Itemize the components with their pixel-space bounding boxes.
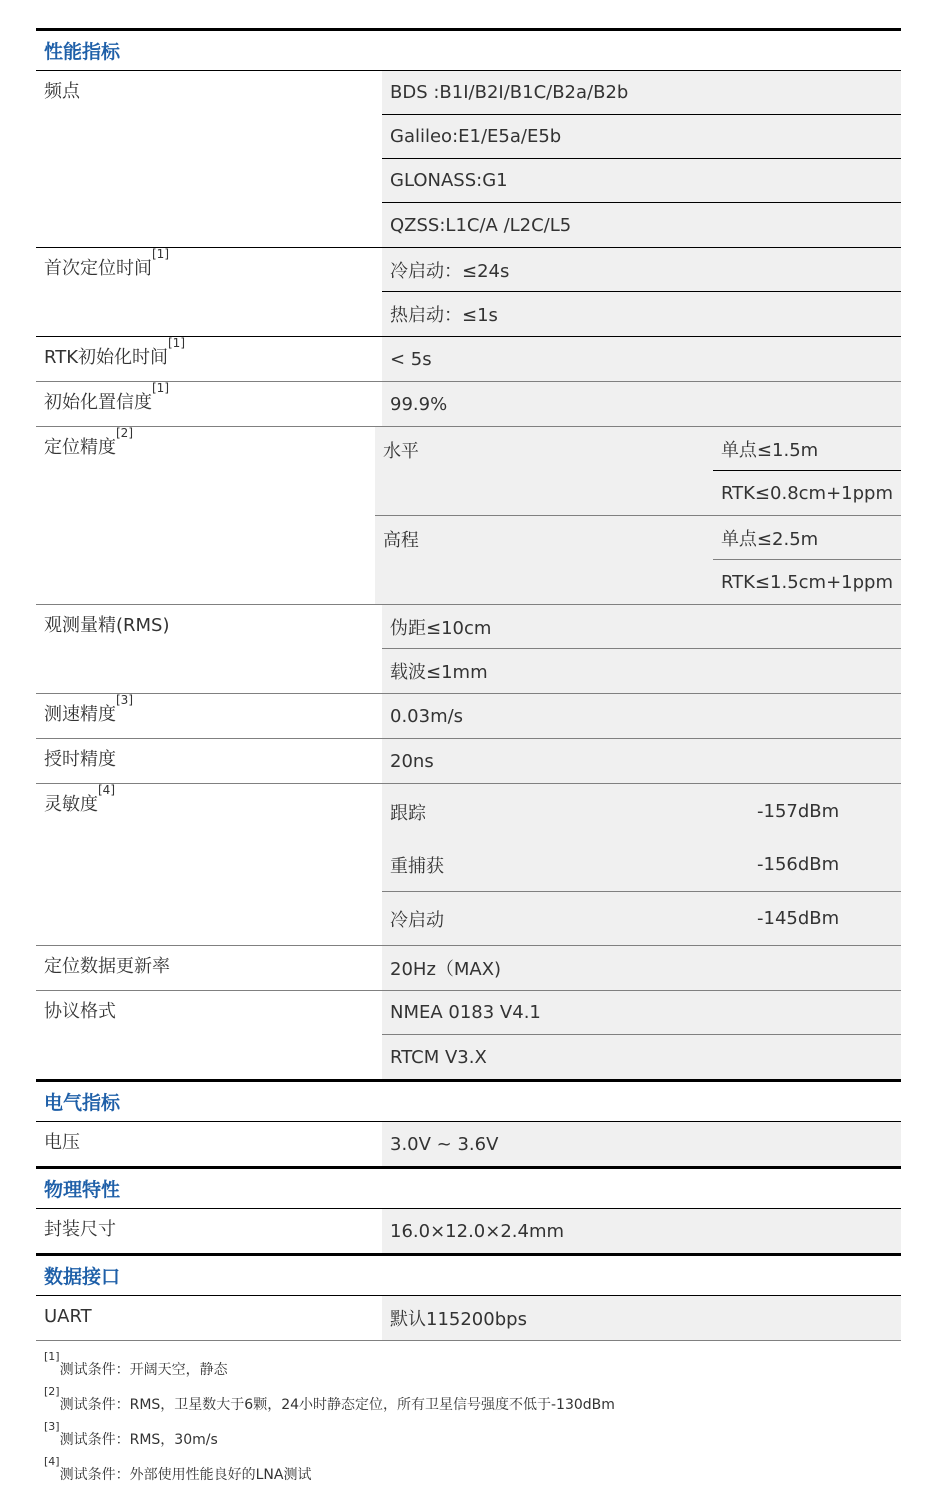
row-value: 载波≤1mm [382,649,901,693]
row-uart: UART 默认115200bps [36,1296,901,1341]
row-value: 16.0×12.0×2.4mm [382,1209,901,1253]
row-observation: 观测量精(RMS) 伪距≤10cm 载波≤1mm [36,605,901,694]
row-value: 伪距≤10cm [382,605,901,649]
row-value: RTCM V3.X [382,1035,901,1079]
section-title: 数据接口 [44,1262,120,1289]
row-value: NMEA 0183 V4.1 [382,991,901,1035]
row-value: 20ns [382,739,901,783]
sub-row-horizontal: 水平 单点≤1.5m RTK≤0.8cm+1ppm [375,427,901,516]
row-update-rate: 定位数据更新率 20Hz（MAX) [36,946,901,991]
row-label: 定位精度[2] [36,427,375,604]
row-value: Galileo:E1/E5a/E5b [382,115,901,159]
row-value: 冷启动：≤24s [382,248,901,292]
footnote-ref[interactable]: [2] [116,426,133,440]
sub-value: RTK≤0.8cm+1ppm [713,471,901,515]
sub-value: 单点≤2.5m [713,516,901,560]
sub-value: RTK≤1.5cm+1ppm [713,560,901,604]
sensitivity-item: 跟踪-157dBm [382,785,901,838]
sensitivity-item: 重捕获-156dBm [382,838,901,891]
row-label: 频点 [36,71,382,247]
footnote: [4]测试条件：外部使用性能良好的LNA测试 [44,1457,615,1492]
row-label: 封装尺寸 [36,1209,382,1253]
row-value: 热启动：≤1s [382,292,901,336]
footnote: [3]测试条件：RMS，30m/s [44,1422,615,1457]
row-timing-accuracy: 授时精度 20ns [36,739,901,784]
row-value: QZSS:L1C/A /L2C/L5 [382,203,901,247]
section-performance-header: 性能指标 [36,28,901,71]
row-value: 20Hz（MAX) [382,946,901,990]
sub-row-elevation: 高程 单点≤2.5m RTK≤1.5cm+1ppm [375,516,901,604]
row-value: 默认115200bps [382,1296,901,1340]
row-value: < 5s [382,337,901,381]
sensitivity-item: 冷启动-145dBm [382,892,901,945]
footnote: [1]测试条件：开阔天空，静态 [44,1352,615,1387]
row-package-size: 封装尺寸 16.0×12.0×2.4mm [36,1209,901,1253]
spec-table: 性能指标 频点 BDS :B1I/B2I/B1C/B2a/B2b Galileo… [36,28,901,1341]
row-sensitivity: 灵敏度[4] 跟踪-157dBm 重捕获-156dBm 冷启动-145dBm [36,784,901,946]
footnote: [2]测试条件：RMS，卫星数大于6颗，24小时静态定位，所有卫星信号强度不低于… [44,1387,615,1422]
row-value: 3.0V ~ 3.6V [382,1122,901,1166]
row-label: 初始化置信度[1] [36,382,382,426]
section-title: 性能指标 [44,37,120,64]
section-interface-header: 数据接口 [36,1253,901,1296]
footnote-ref[interactable]: [1] [152,247,169,261]
section-electrical-header: 电气指标 [36,1079,901,1122]
row-rtk-init: RTK初始化时间[1] < 5s [36,337,901,382]
row-label: RTK初始化时间[1] [36,337,382,381]
row-label: 定位数据更新率 [36,946,382,990]
row-ttff: 首次定位时间[1] 冷启动：≤24s 热启动：≤1s [36,248,901,337]
row-label: 协议格式 [36,991,382,1079]
row-value: GLONASS:G1 [382,159,901,203]
section-title: 物理特性 [44,1175,120,1202]
row-frequency: 频点 BDS :B1I/B2I/B1C/B2a/B2b Galileo:E1/E… [36,71,901,248]
row-value: BDS :B1I/B2I/B1C/B2a/B2b [382,71,901,115]
row-label: 测速精度[3] [36,694,382,738]
row-position-accuracy: 定位精度[2] 水平 单点≤1.5m RTK≤0.8cm+1ppm 高程 单点≤… [36,427,901,605]
section-title: 电气指标 [44,1088,120,1115]
sub-label: 高程 [375,516,713,604]
row-label: 授时精度 [36,739,382,783]
sub-label: 水平 [375,427,713,515]
footnote-ref[interactable]: [4] [98,783,115,797]
footnotes: [1]测试条件：开阔天空，静态 [2]测试条件：RMS，卫星数大于6颗，24小时… [44,1352,615,1492]
row-label: 电压 [36,1122,382,1166]
row-protocol: 协议格式 NMEA 0183 V4.1 RTCM V3.X [36,991,901,1079]
row-value: 0.03m/s [382,694,901,738]
footnote-ref[interactable]: [3] [116,693,133,707]
section-physical-header: 物理特性 [36,1166,901,1209]
row-label: UART [36,1296,382,1340]
row-label: 灵敏度[4] [36,784,382,945]
footnote-ref[interactable]: [1] [168,336,185,350]
sub-value: 单点≤1.5m [713,427,901,471]
row-value: 99.9% [382,382,901,426]
row-label: 首次定位时间[1] [36,248,382,336]
footnote-ref[interactable]: [1] [152,381,169,395]
row-velocity-accuracy: 测速精度[3] 0.03m/s [36,694,901,739]
row-label: 观测量精(RMS) [36,605,382,693]
row-init-confidence: 初始化置信度[1] 99.9% [36,382,901,427]
row-voltage: 电压 3.0V ~ 3.6V [36,1122,901,1166]
